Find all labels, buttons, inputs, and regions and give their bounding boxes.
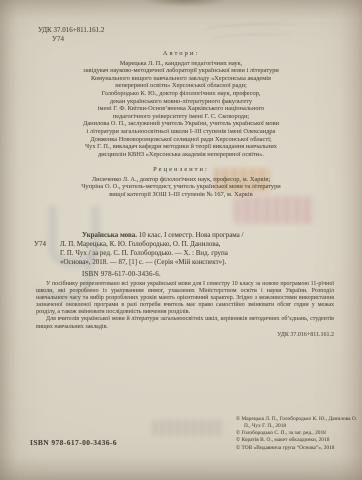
copyright-symbol: © xyxy=(236,437,240,443)
book-imprint-page: УДК 37.016+811.161.2 У74 Автори: Марецьк… xyxy=(0,0,362,480)
catalog-title-line: Українська мова. 10 клас. І семестр. Нов… xyxy=(60,231,334,240)
pencil-scribble-ghost xyxy=(212,33,292,45)
catalog-line: «Основа», 2018. — 87, [1] с. — (Серія «М… xyxy=(60,258,334,267)
reviewers-heading: Рецензенти: xyxy=(18,166,344,174)
copyright-text: Коратів В. О., макет обкладинки, 2018 xyxy=(241,437,329,443)
copyright-symbol: © xyxy=(236,430,240,436)
authors-section: Автори: Марецька Л. П., кандидат педагог… xyxy=(18,50,344,158)
author-line: неперервної освіти» Херсонської обласної… xyxy=(18,82,344,90)
udc-number: УДК 37.016+811.161.2 xyxy=(38,26,104,34)
author-line: імені Г. Ф. Квітки-Основ’яненка Харківсь… xyxy=(18,105,344,113)
author-line: декан українського мовно-літературного ф… xyxy=(18,98,344,106)
copyright-line: © ТОВ «Видавнича група “Основа”», 2018 xyxy=(236,445,358,452)
catalog-entry: У74 Українська мова. 10 клас. І семестр.… xyxy=(60,231,334,279)
copyright-line: © Голобородько С. П., за заг. ред., 2018 xyxy=(236,430,358,437)
copyright-line: © Коратів В. О., макет обкладинки, 2018 xyxy=(236,437,358,444)
udc-bottom: УДК 37.016+811.161.2 xyxy=(36,332,334,339)
reviewer-line: вищої категорії ЗОШ І–ІІІ ступенів № 167… xyxy=(18,191,344,199)
author-line: дисциплін КВНЗ «Херсонська академія непе… xyxy=(18,151,344,159)
author-line: і літератури загальноосвітньої школи І–І… xyxy=(18,128,344,136)
author-line: Голобородько К. Ю., доктор філологічних … xyxy=(18,90,344,98)
reviewer-line: Чупріна О. О., учитель-методист, учитель… xyxy=(18,183,344,191)
copyright-symbol: © xyxy=(236,416,240,422)
reviewer-line: Лисиченко Л. А., доктор філологічних нау… xyxy=(18,176,344,184)
annotation-audience: Для вчителів української мови й літерату… xyxy=(36,316,334,330)
pencil-scribble-ghost xyxy=(200,21,296,36)
catalog-line: Г. П. Чух / за ред. С. П. Голобородько. … xyxy=(60,249,334,258)
copyright-symbol: © xyxy=(236,445,240,451)
catalog-line: Л. П. Марецька, К. Ю. Голобородько, О. П… xyxy=(60,240,334,249)
cover-show-through-ghost xyxy=(234,196,314,224)
author-sign-code: У74 xyxy=(52,35,104,44)
book-title: Українська мова. xyxy=(82,231,137,239)
annotation-block: У посібнику репрезентовано всі уроки укр… xyxy=(36,281,334,339)
author-line: завідувач науково-методичної лабораторії… xyxy=(18,67,344,75)
udc-classification: УДК 37.016+811.161.2 У74 xyxy=(38,26,104,43)
authors-heading: Автори: xyxy=(18,50,344,58)
copyright-text: Марецька Л. П., Голобородько К. Ю., Дани… xyxy=(241,416,357,429)
isbn-footer: ISBN 978-617-00-3436-6 xyxy=(30,438,117,447)
copyright-block: © Марецька Л. П., Голобородько К. Ю., Да… xyxy=(236,416,358,452)
isbn-catalog: ISBN 978-617-00-3436-6. xyxy=(60,270,334,279)
copyright-text: Голобородько С. П., за заг. ред., 2018 xyxy=(241,430,325,436)
author-line: Чух Г. П., викладач кафедри методики й т… xyxy=(18,143,344,151)
author-line: Данилова О. П., заслужений учитель Украї… xyxy=(18,120,344,128)
annotation-paragraph: У посібнику репрезентовано всі уроки укр… xyxy=(36,281,334,316)
catalog-code: У74 xyxy=(34,240,46,249)
copyright-text: ТОВ «Видавнича група “Основа”», 2018 xyxy=(241,445,334,451)
copyright-line: © Марецька Л. П., Голобородько К. Ю., Да… xyxy=(236,416,358,430)
show-through-ghost xyxy=(152,420,224,436)
author-line: Довженка Нововоронцовської селищної ради… xyxy=(18,136,344,144)
reviewers-section: Рецензенти: Лисиченко Л. А., доктор філо… xyxy=(18,166,344,198)
book-subtitle: 10 клас. І семестр. Нова програма / xyxy=(137,231,243,239)
